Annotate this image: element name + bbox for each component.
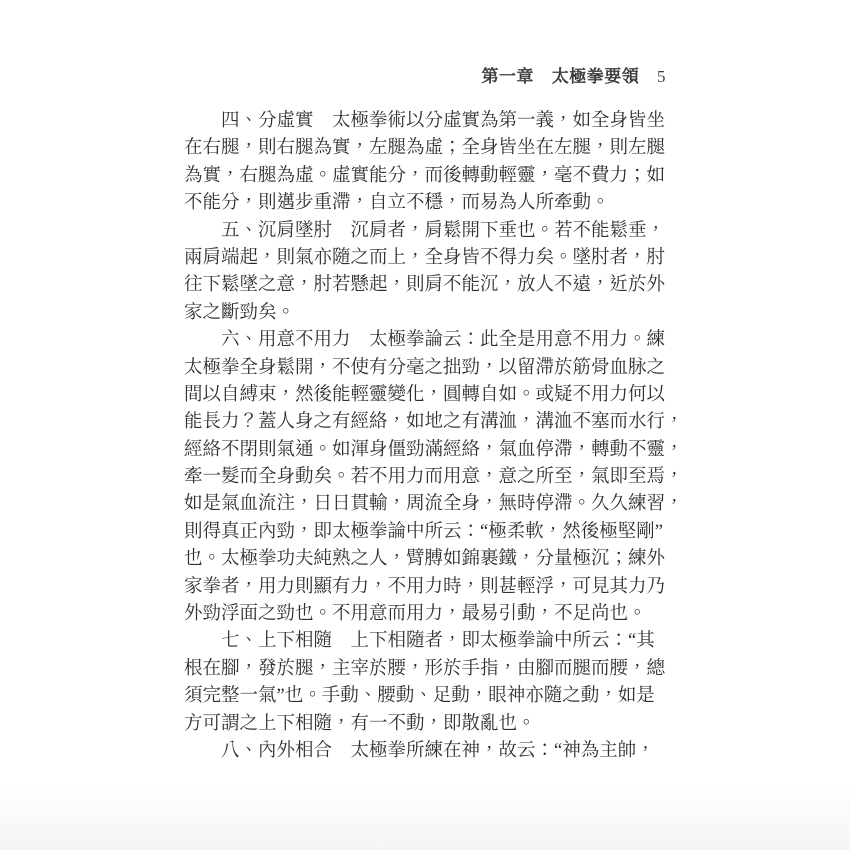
body-text: 四、分虛實 太極拳術以分虛實為第一義，如全身皆坐在右腿，則右腿為實，左腿為虛；全… [184, 108, 666, 765]
text-line: 外勁浮面之勁也。不用意而用力，最易引動，不足尚也。 [184, 601, 666, 628]
text-line: 不能分，則邁步重滯，自立不穩，而易為人所牽動。 [184, 190, 666, 217]
running-header: 第一章 太極拳要領 5 [184, 64, 666, 90]
text-line: 間以自縛束，然後能輕靈變化，圓轉自如。或疑不用力何以 [184, 382, 666, 409]
text-line: 則得真正內勁，即太極拳論中所云：“極柔軟，然後極堅剛” [184, 519, 666, 546]
text-line: 太極拳全身鬆開，不使有分毫之拙勁，以留滯於筋骨血脉之 [184, 355, 666, 382]
chapter-label: 第一章 [482, 67, 535, 86]
text-line: 為實，右腿為虛。虛實能分，而後轉動輕靈，毫不費力；如 [184, 163, 666, 190]
text-line: 家拳者，用力則顯有力，不用力時，則甚輕浮，可見其力乃 [184, 574, 666, 601]
text-line: 往下鬆墜之意，肘若懸起，則肩不能沉，放人不遠，近於外 [184, 272, 666, 299]
book-page: 第一章 太極拳要領 5 四、分虛實 太極拳術以分虛實為第一義，如全身皆坐在右腿，… [0, 0, 850, 850]
text-line: 也。太極拳功夫純熟之人，臂膊如錦裹鐵，分量極沉；練外 [184, 546, 666, 573]
page-number: 5 [657, 67, 666, 86]
text-line: 須完整一氣”也。手動、腰動、足動，眼神亦隨之動，如是 [184, 683, 666, 710]
text-line: 經絡不閉則氣通。如渾身僵勁滿經絡，氣血停滯，轉動不靈， [184, 437, 666, 464]
text-line: 根在腳，發於腿，主宰於腰，形於手指，由腳而腿而腰，總 [184, 656, 666, 683]
text-line: 家之斷勁矣。 [184, 300, 666, 327]
text-line: 兩肩端起，則氣亦隨之而上，全身皆不得力矣。墜肘者，肘 [184, 245, 666, 272]
text-line: 四、分虛實 太極拳術以分虛實為第一義，如全身皆坐 [184, 108, 666, 135]
text-line: 八、內外相合 太極拳所練在神，故云：“神為主帥， [184, 738, 666, 765]
text-line: 如是氣血流注，日日貫輸，周流全身，無時停滯。久久練習， [184, 491, 666, 518]
text-line: 方可謂之上下相隨，有一不動，即散亂也。 [184, 711, 666, 738]
text-line: 五、沉肩墜肘 沉肩者，肩鬆開下垂也。若不能鬆垂， [184, 218, 666, 245]
chapter-title: 太極拳要領 [552, 67, 640, 86]
text-line: 七、上下相隨 上下相隨者，即太極拳論中所云：“其 [184, 628, 666, 655]
text-line: 六、用意不用力 太極拳論云：此全是用意不用力。練 [184, 327, 666, 354]
text-line: 在右腿，則右腿為實，左腿為虛；全身皆坐在左腿，則左腿 [184, 135, 666, 162]
text-line: 牽一髮而全身動矣。若不用力而用意，意之所至，氣即至焉， [184, 464, 666, 491]
text-line: 能長力？蓋人身之有經絡，如地之有溝洫，溝洫不塞而水行， [184, 409, 666, 436]
